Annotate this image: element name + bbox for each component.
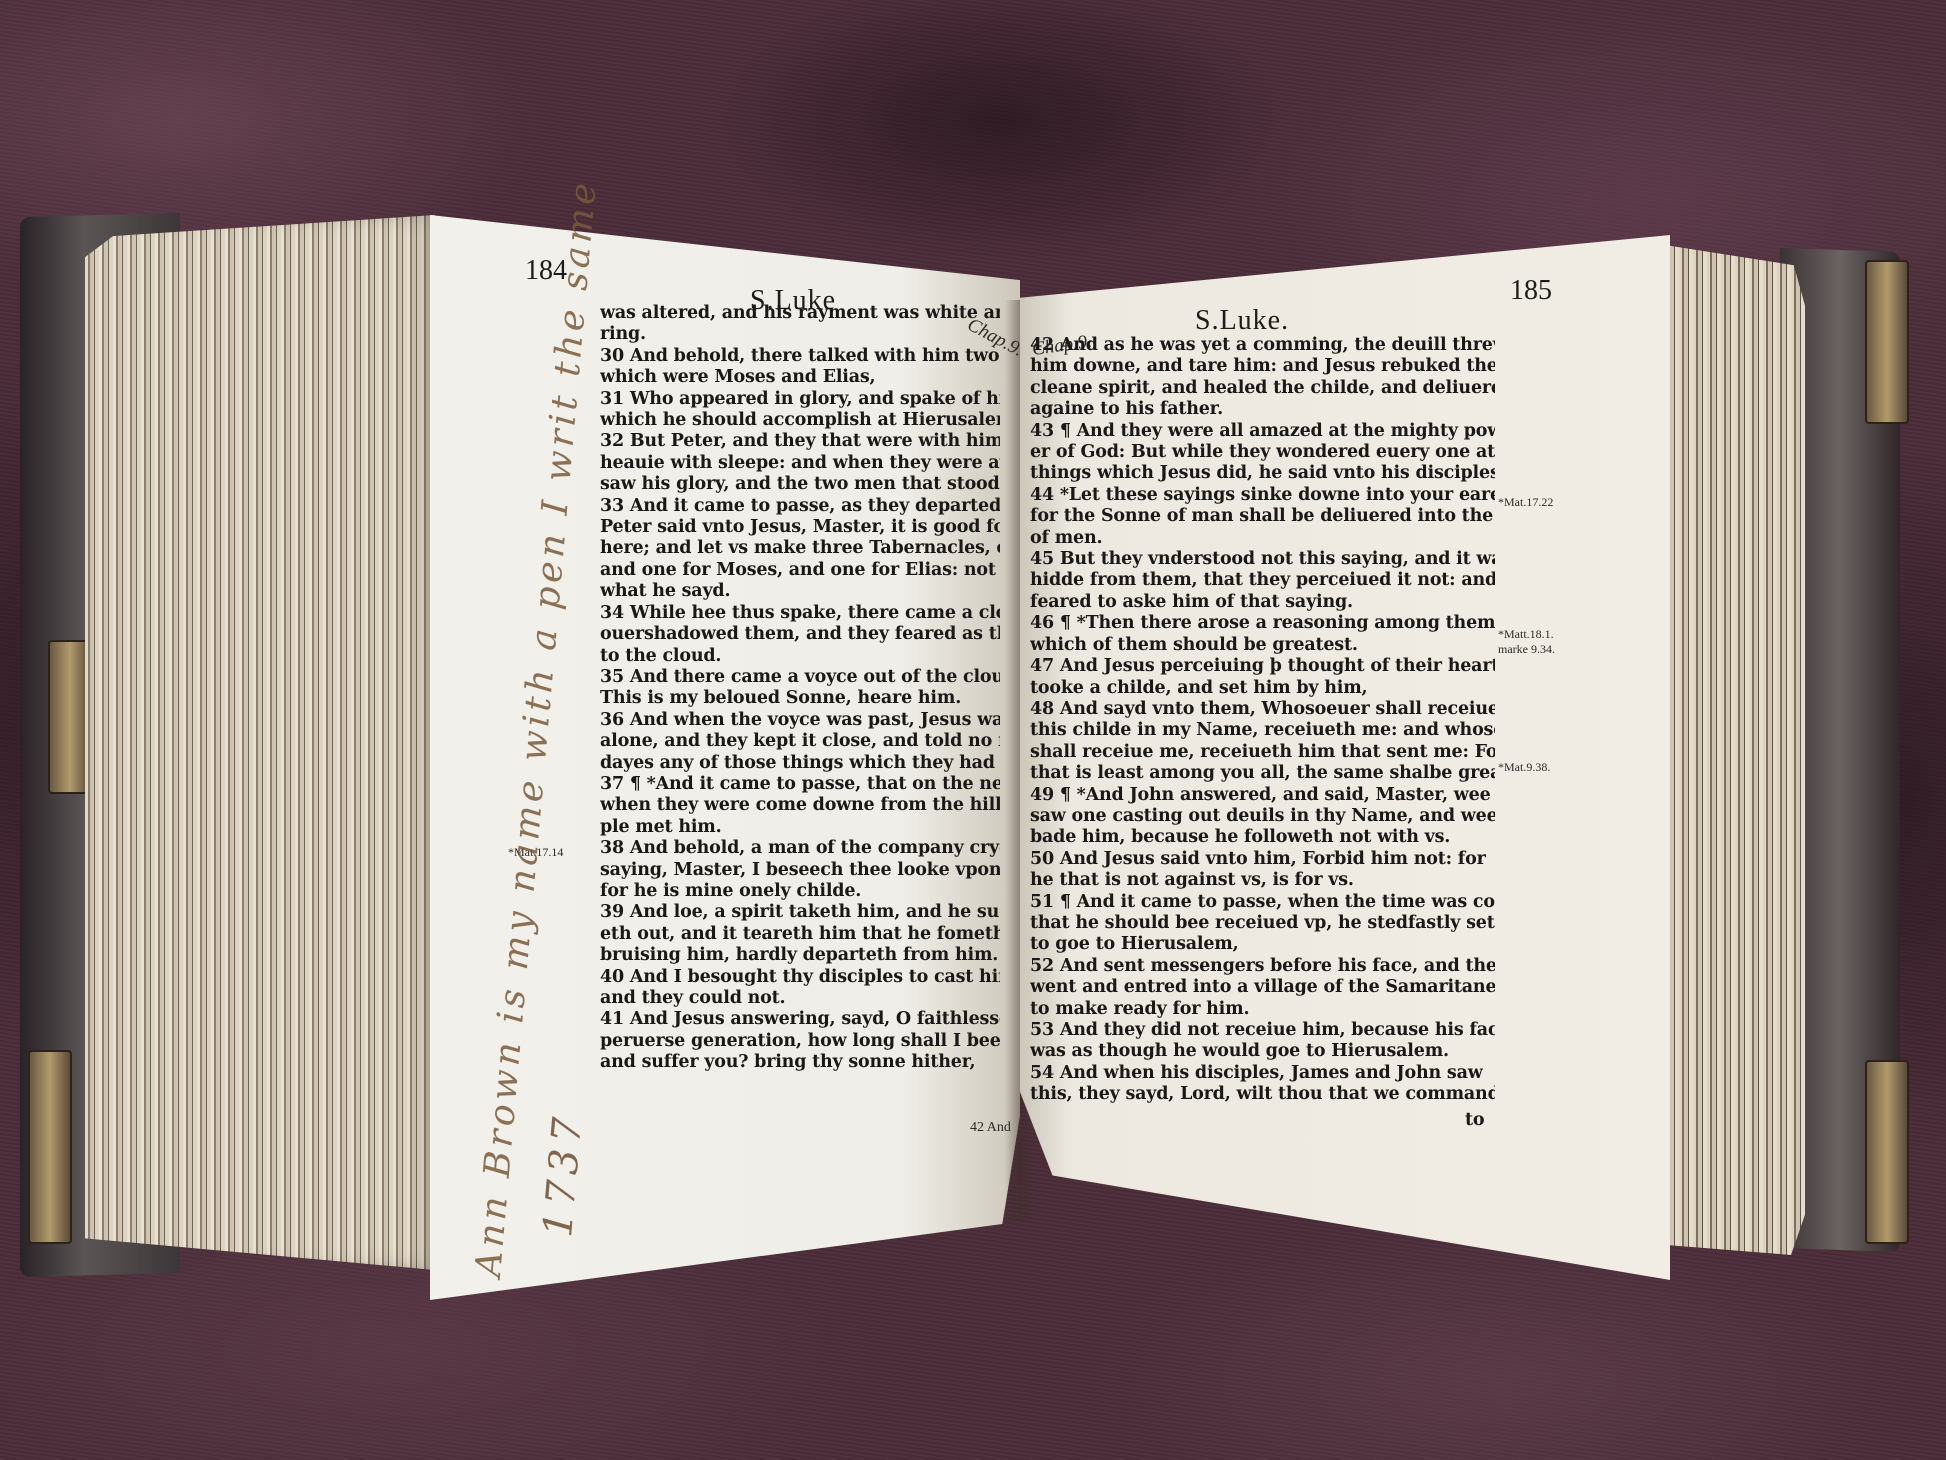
text-line: 35 And there came a voyce out of the clo… bbox=[600, 667, 1000, 688]
text-line: 46 ¶ *Then there arose a reasoning among… bbox=[1030, 613, 1495, 634]
text-line: 36 And when the voyce was past, Jesus wa… bbox=[600, 710, 1000, 731]
text-line: here; and let vs make three Tabernacles,… bbox=[600, 538, 1000, 559]
text-line: 50 And Jesus said vnto him, Forbid him n… bbox=[1030, 849, 1495, 870]
text-line: which he should accomplish at Hierusalem… bbox=[600, 410, 1000, 431]
metal-corner-left bbox=[28, 1050, 72, 1244]
text-line: 42 And as he was yet a comming, the deui… bbox=[1030, 335, 1495, 356]
text-line: which were Moses and Elias, bbox=[600, 367, 1000, 388]
text-line: 31 Who appeared in glory, and spake of h… bbox=[600, 389, 1000, 410]
text-line: for he is mine onely childe. bbox=[600, 881, 1000, 902]
text-line: him downe, and tare him: and Jesus rebuk… bbox=[1030, 356, 1495, 377]
text-line: ouershadowed them, and they feared as th… bbox=[600, 624, 1000, 645]
text-line: 49 ¶ *And John answered, and said, Maste… bbox=[1030, 785, 1495, 806]
text-line: things which Jesus did, he said vnto his… bbox=[1030, 463, 1495, 484]
text-line: of men. bbox=[1030, 528, 1495, 549]
text-line: 30 And behold, there talked with him two… bbox=[600, 346, 1000, 367]
text-line: 33 And it came to passe, as they departe… bbox=[600, 496, 1000, 517]
text-line: hidde from them, that they perceiued it … bbox=[1030, 570, 1495, 591]
text-line: 41 And Jesus answering, sayd, O faithles… bbox=[600, 1009, 1000, 1030]
margin-reference: *Matt.18.1. marke 9.34. bbox=[1498, 627, 1578, 657]
text-line: 53 And they did not receiue him, because… bbox=[1030, 1020, 1495, 1041]
text-line: 43 ¶ And they were all amazed at the mig… bbox=[1030, 421, 1495, 442]
text-line: tooke a childe, and set him by him, bbox=[1030, 678, 1495, 699]
text-line: and they could not. bbox=[600, 988, 1000, 1009]
text-line: to the cloud. bbox=[600, 646, 1000, 667]
text-line: dayes any of those things which they had… bbox=[600, 753, 1000, 774]
text-line: cleane spirit, and healed the childe, an… bbox=[1030, 378, 1495, 399]
text-line: saying, Master, I beseech thee looke vpo… bbox=[600, 860, 1000, 881]
right-page: 185 S.Luke. Chap.9. *Mat.17.22 *Matt.18.… bbox=[1020, 235, 1670, 1280]
text-line: 48 And sayd vnto them, Whosoeuer shall r… bbox=[1030, 699, 1495, 720]
text-line: againe to his father. bbox=[1030, 399, 1495, 420]
text-line: went and entred into a village of the Sa… bbox=[1030, 977, 1495, 998]
page-number: 185 bbox=[1510, 275, 1552, 307]
text-line: when they were come downe from the hill,… bbox=[600, 795, 1000, 816]
text-line: 40 And I besought thy disciples to cast … bbox=[600, 967, 1000, 988]
text-line: saw his glory, and the two men that stoo… bbox=[600, 474, 1000, 495]
text-line: this childe in my Name, receiueth me: an… bbox=[1030, 720, 1495, 741]
text-line: 52 And sent messengers before his face, … bbox=[1030, 956, 1495, 977]
metal-corner-right-top bbox=[1865, 260, 1909, 424]
text-line: 45 But they vnderstood not this saying, … bbox=[1030, 549, 1495, 570]
text-line: 44 *Let these sayings sinke downe into y… bbox=[1030, 485, 1495, 506]
text-line: 38 And behold, a man of the company crye… bbox=[600, 838, 1000, 859]
text-line: this, they sayd, Lord, wilt thou that we… bbox=[1030, 1084, 1495, 1105]
text-line: 51 ¶ And it came to passe, when the time… bbox=[1030, 892, 1495, 913]
text-line: he that is not against vs, is for vs. bbox=[1030, 870, 1495, 891]
text-line: This is my beloued Sonne, heare him. bbox=[600, 688, 1000, 709]
body-text: was altered, and his rayment was white a… bbox=[600, 303, 1000, 1074]
text-line: 32 But Peter, and they that were with hi… bbox=[600, 431, 1000, 452]
text-line: bade him, because he followeth not with … bbox=[1030, 827, 1495, 848]
text-line: shall receiue me, receiueth him that sen… bbox=[1030, 742, 1495, 763]
text-line: which of them should be greatest. bbox=[1030, 635, 1495, 656]
margin-reference: *Mat.17.22 bbox=[1498, 495, 1553, 510]
text-line: that is least among you all, the same sh… bbox=[1030, 763, 1495, 784]
text-line: alone, and they kept it close, and told … bbox=[600, 731, 1000, 752]
text-line: ring. bbox=[600, 324, 1000, 345]
text-line: ple met him. bbox=[600, 817, 1000, 838]
text-line: feared to aske him of that saying. bbox=[1030, 592, 1495, 613]
text-line: eth out, and it teareth him that he fome… bbox=[600, 924, 1000, 945]
text-line: 39 And loe, a spirit taketh him, and he … bbox=[600, 902, 1000, 923]
text-line: to make ready for him. bbox=[1030, 999, 1495, 1020]
text-line: saw one casting out deuils in thy Name, … bbox=[1030, 806, 1495, 827]
metal-corner-right bbox=[1865, 1060, 1909, 1244]
page-edges-left bbox=[85, 215, 435, 1270]
catchword: to bbox=[1465, 1110, 1484, 1131]
text-line: 47 And Jesus perceiuing þ thought of the… bbox=[1030, 656, 1495, 677]
body-text: 42 And as he was yet a comming, the deui… bbox=[1030, 335, 1495, 1106]
text-line: what he sayd. bbox=[600, 581, 1000, 602]
text-line: Peter said vnto Jesus, Master, it is goo… bbox=[600, 517, 1000, 538]
photo-scene: 184 S.Luke Chap.9. *Mat.17.14 was altere… bbox=[0, 0, 1946, 1460]
text-line: that he should bee receiued vp, he stedf… bbox=[1030, 913, 1495, 934]
text-line: 37 ¶ *And it came to passe, that on the … bbox=[600, 774, 1000, 795]
text-line: for the Sonne of man shall be deliuered … bbox=[1030, 506, 1495, 527]
text-line: and one for Moses, and one for Elias: no… bbox=[600, 560, 1000, 581]
text-line: peruerse generation, how long shall I be… bbox=[600, 1031, 1000, 1052]
text-line: was altered, and his rayment was white a… bbox=[600, 303, 1000, 324]
text-line: 34 While hee thus spake, there came a cl… bbox=[600, 603, 1000, 624]
text-line: bruising him, hardly departeth from him. bbox=[600, 945, 1000, 966]
text-line: heauie with sleepe: and when they were a… bbox=[600, 453, 1000, 474]
text-line: was as though he would goe to Hierusalem… bbox=[1030, 1041, 1495, 1062]
running-head: S.Luke. bbox=[1195, 305, 1289, 337]
page-edges-right bbox=[1665, 245, 1805, 1255]
text-line: and suffer you? bring thy sonne hither, bbox=[600, 1052, 1000, 1073]
text-line: er of God: But while they wondered euery… bbox=[1030, 442, 1495, 463]
text-line: 54 And when his disciples, James and Joh… bbox=[1030, 1063, 1495, 1084]
margin-reference: *Mat.9.38. bbox=[1498, 760, 1550, 775]
text-line: to goe to Hierusalem, bbox=[1030, 934, 1495, 955]
